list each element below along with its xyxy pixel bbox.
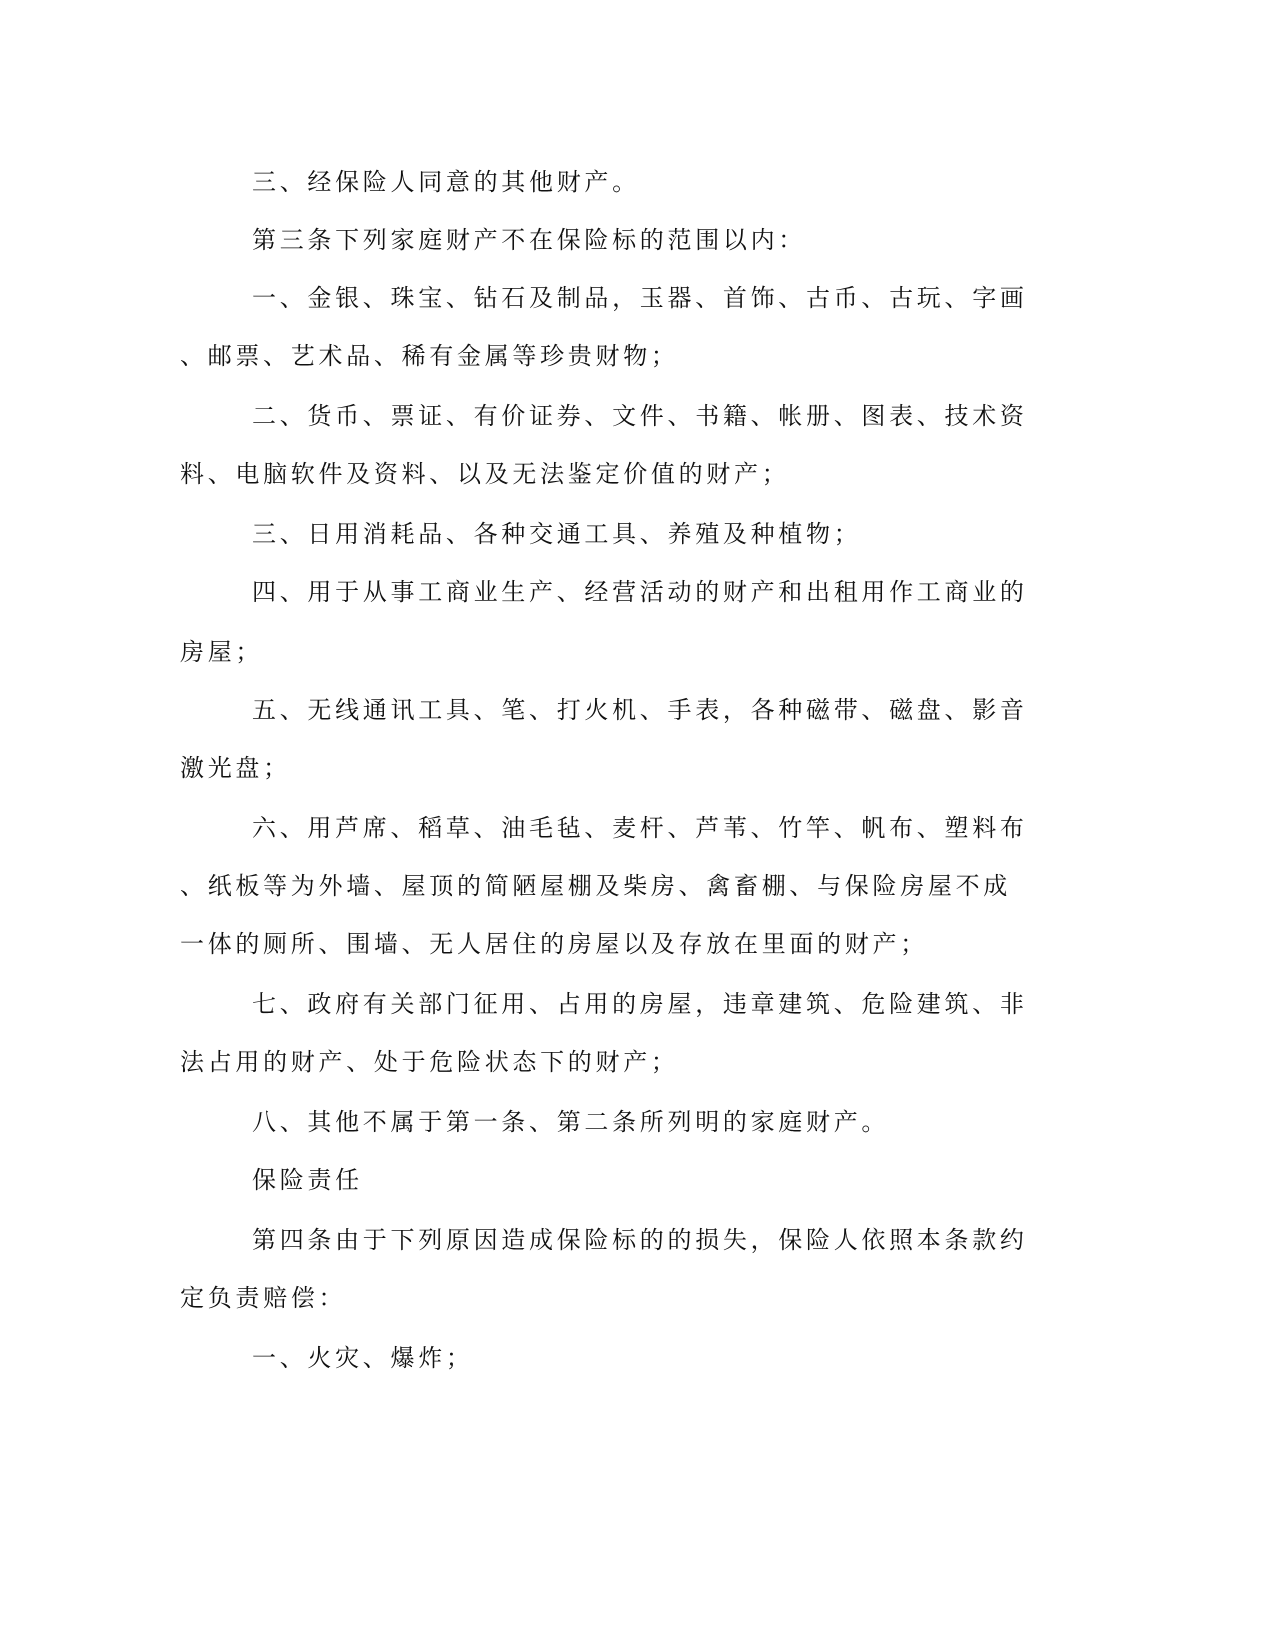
liability-item-1: 一、火灾、爆炸； — [252, 1341, 1042, 1375]
exclusion-item-6-line-2: 、纸板等为外墙、屋顶的简陋屋棚及柴房、禽畜棚、与保险房屋不成 — [180, 869, 1040, 903]
exclusion-item-5-line-2: 激光盘； — [180, 751, 1040, 785]
article-4-line-1: 第四条由于下列原因造成保险标的的损失，保险人依照本条款约 — [252, 1223, 1042, 1257]
document-page: 三、经保险人同意的其他财产。 第三条下列家庭财产不在保险标的范围以内： 一、金银… — [0, 0, 1275, 1650]
exclusion-item-2-line-1: 二、货币、票证、有价证券、文件、书籍、帐册、图表、技术资 — [252, 399, 1042, 433]
exclusion-item-4-line-1: 四、用于从事工商业生产、经营活动的财产和出租用作工商业的 — [252, 575, 1042, 609]
article-3-heading: 第三条下列家庭财产不在保险标的范围以内： — [252, 223, 1042, 257]
article-4-line-2: 定负责赔偿： — [180, 1281, 1040, 1315]
section-heading-insurance-liability: 保险责任 — [252, 1163, 1042, 1197]
exclusion-item-7-line-1: 七、政府有关部门征用、占用的房屋，违章建筑、危险建筑、非 — [252, 987, 1042, 1021]
exclusion-item-5-line-1: 五、无线通讯工具、笔、打火机、手表，各种磁带、磁盘、影音 — [252, 693, 1042, 727]
exclusion-item-1-line-1: 一、金银、珠宝、钻石及制品，玉器、首饰、古币、古玩、字画 — [252, 281, 1042, 315]
clause-item-3-other-property: 三、经保险人同意的其他财产。 — [252, 165, 1042, 199]
exclusion-item-6-line-1: 六、用芦席、稻草、油毛毡、麦杆、芦苇、竹竿、帆布、塑料布 — [252, 811, 1042, 845]
exclusion-item-7-line-2: 法占用的财产、处于危险状态下的财产； — [180, 1045, 1040, 1079]
exclusion-item-2-line-2: 料、电脑软件及资料、以及无法鉴定价值的财产； — [180, 457, 1040, 491]
exclusion-item-6-line-3: 一体的厕所、围墙、无人居住的房屋以及存放在里面的财产； — [180, 927, 1040, 961]
exclusion-item-8: 八、其他不属于第一条、第二条所列明的家庭财产。 — [252, 1105, 1042, 1139]
exclusion-item-3: 三、日用消耗品、各种交通工具、养殖及种植物； — [252, 517, 1042, 551]
exclusion-item-1-line-2: 、邮票、艺术品、稀有金属等珍贵财物； — [180, 339, 1040, 373]
exclusion-item-4-line-2: 房屋； — [180, 635, 1040, 669]
